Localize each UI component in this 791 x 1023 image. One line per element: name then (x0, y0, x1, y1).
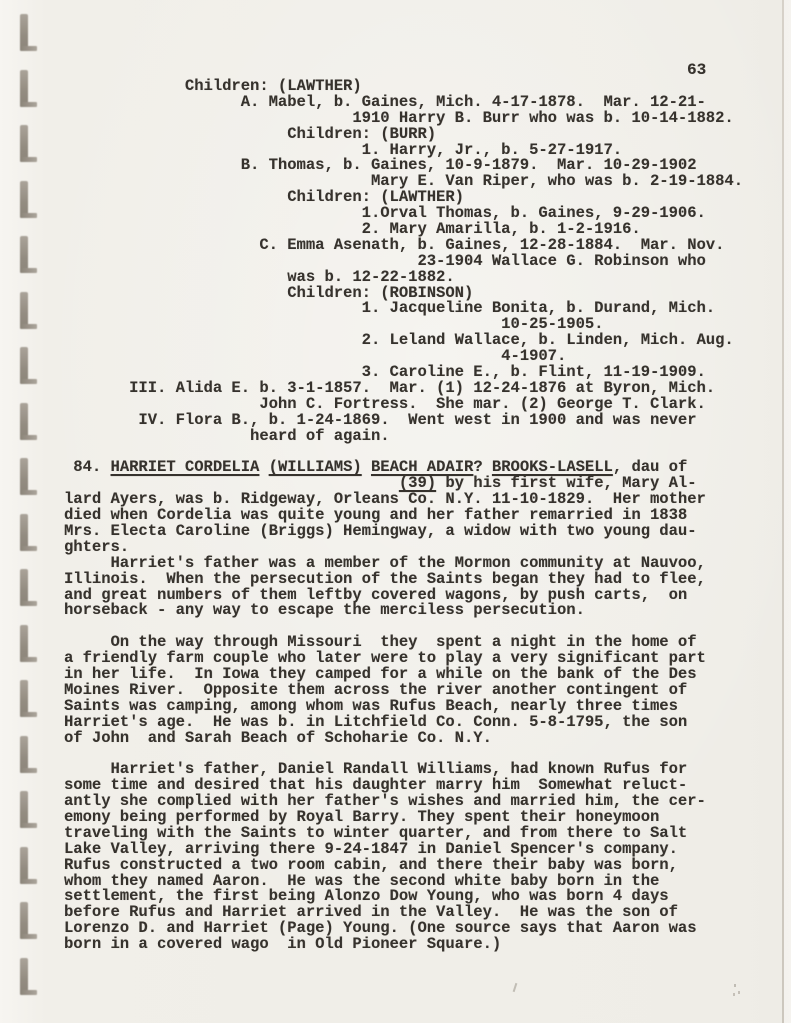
binding-mark (20, 458, 28, 494)
binding-mark (20, 514, 28, 550)
binding-mark (20, 680, 28, 716)
binding-mark (20, 847, 28, 883)
document-lines: Children: (LAWTHER) A. Mabel, b. Gaines,… (64, 79, 743, 953)
page-number: 63 (687, 61, 706, 79)
binding-mark (20, 625, 28, 661)
binding-mark (20, 125, 28, 161)
binding-strip (0, 0, 46, 1023)
binding-mark (20, 791, 28, 827)
binding-mark (20, 958, 28, 994)
speckle (513, 983, 518, 992)
text-line: of John and Sarah Beach of Schoharie Co.… (64, 731, 743, 747)
binding-mark (20, 181, 28, 217)
binding-mark (20, 70, 28, 106)
scanned-page: 63 Children: (LAWTHER) A. Mabel, b. Gain… (0, 0, 791, 1023)
text-line: heard of again. (64, 429, 743, 445)
binding-mark (20, 14, 28, 50)
text-line: horseback - any way to escape the mercil… (64, 603, 743, 619)
speckle (734, 984, 736, 987)
binding-mark (20, 347, 28, 383)
binding-mark (20, 292, 28, 328)
binding-mark (20, 902, 28, 938)
binding-mark (20, 236, 28, 272)
text-line: Mrs. Electa Caroline (Briggs) Hemingway,… (64, 524, 743, 540)
page-edge-line (782, 0, 784, 1023)
binding-mark (20, 736, 28, 772)
binding-mark (20, 403, 28, 439)
binding-mark (20, 569, 28, 605)
text-line: born in a covered wago in Old Pioneer Sq… (64, 937, 743, 953)
